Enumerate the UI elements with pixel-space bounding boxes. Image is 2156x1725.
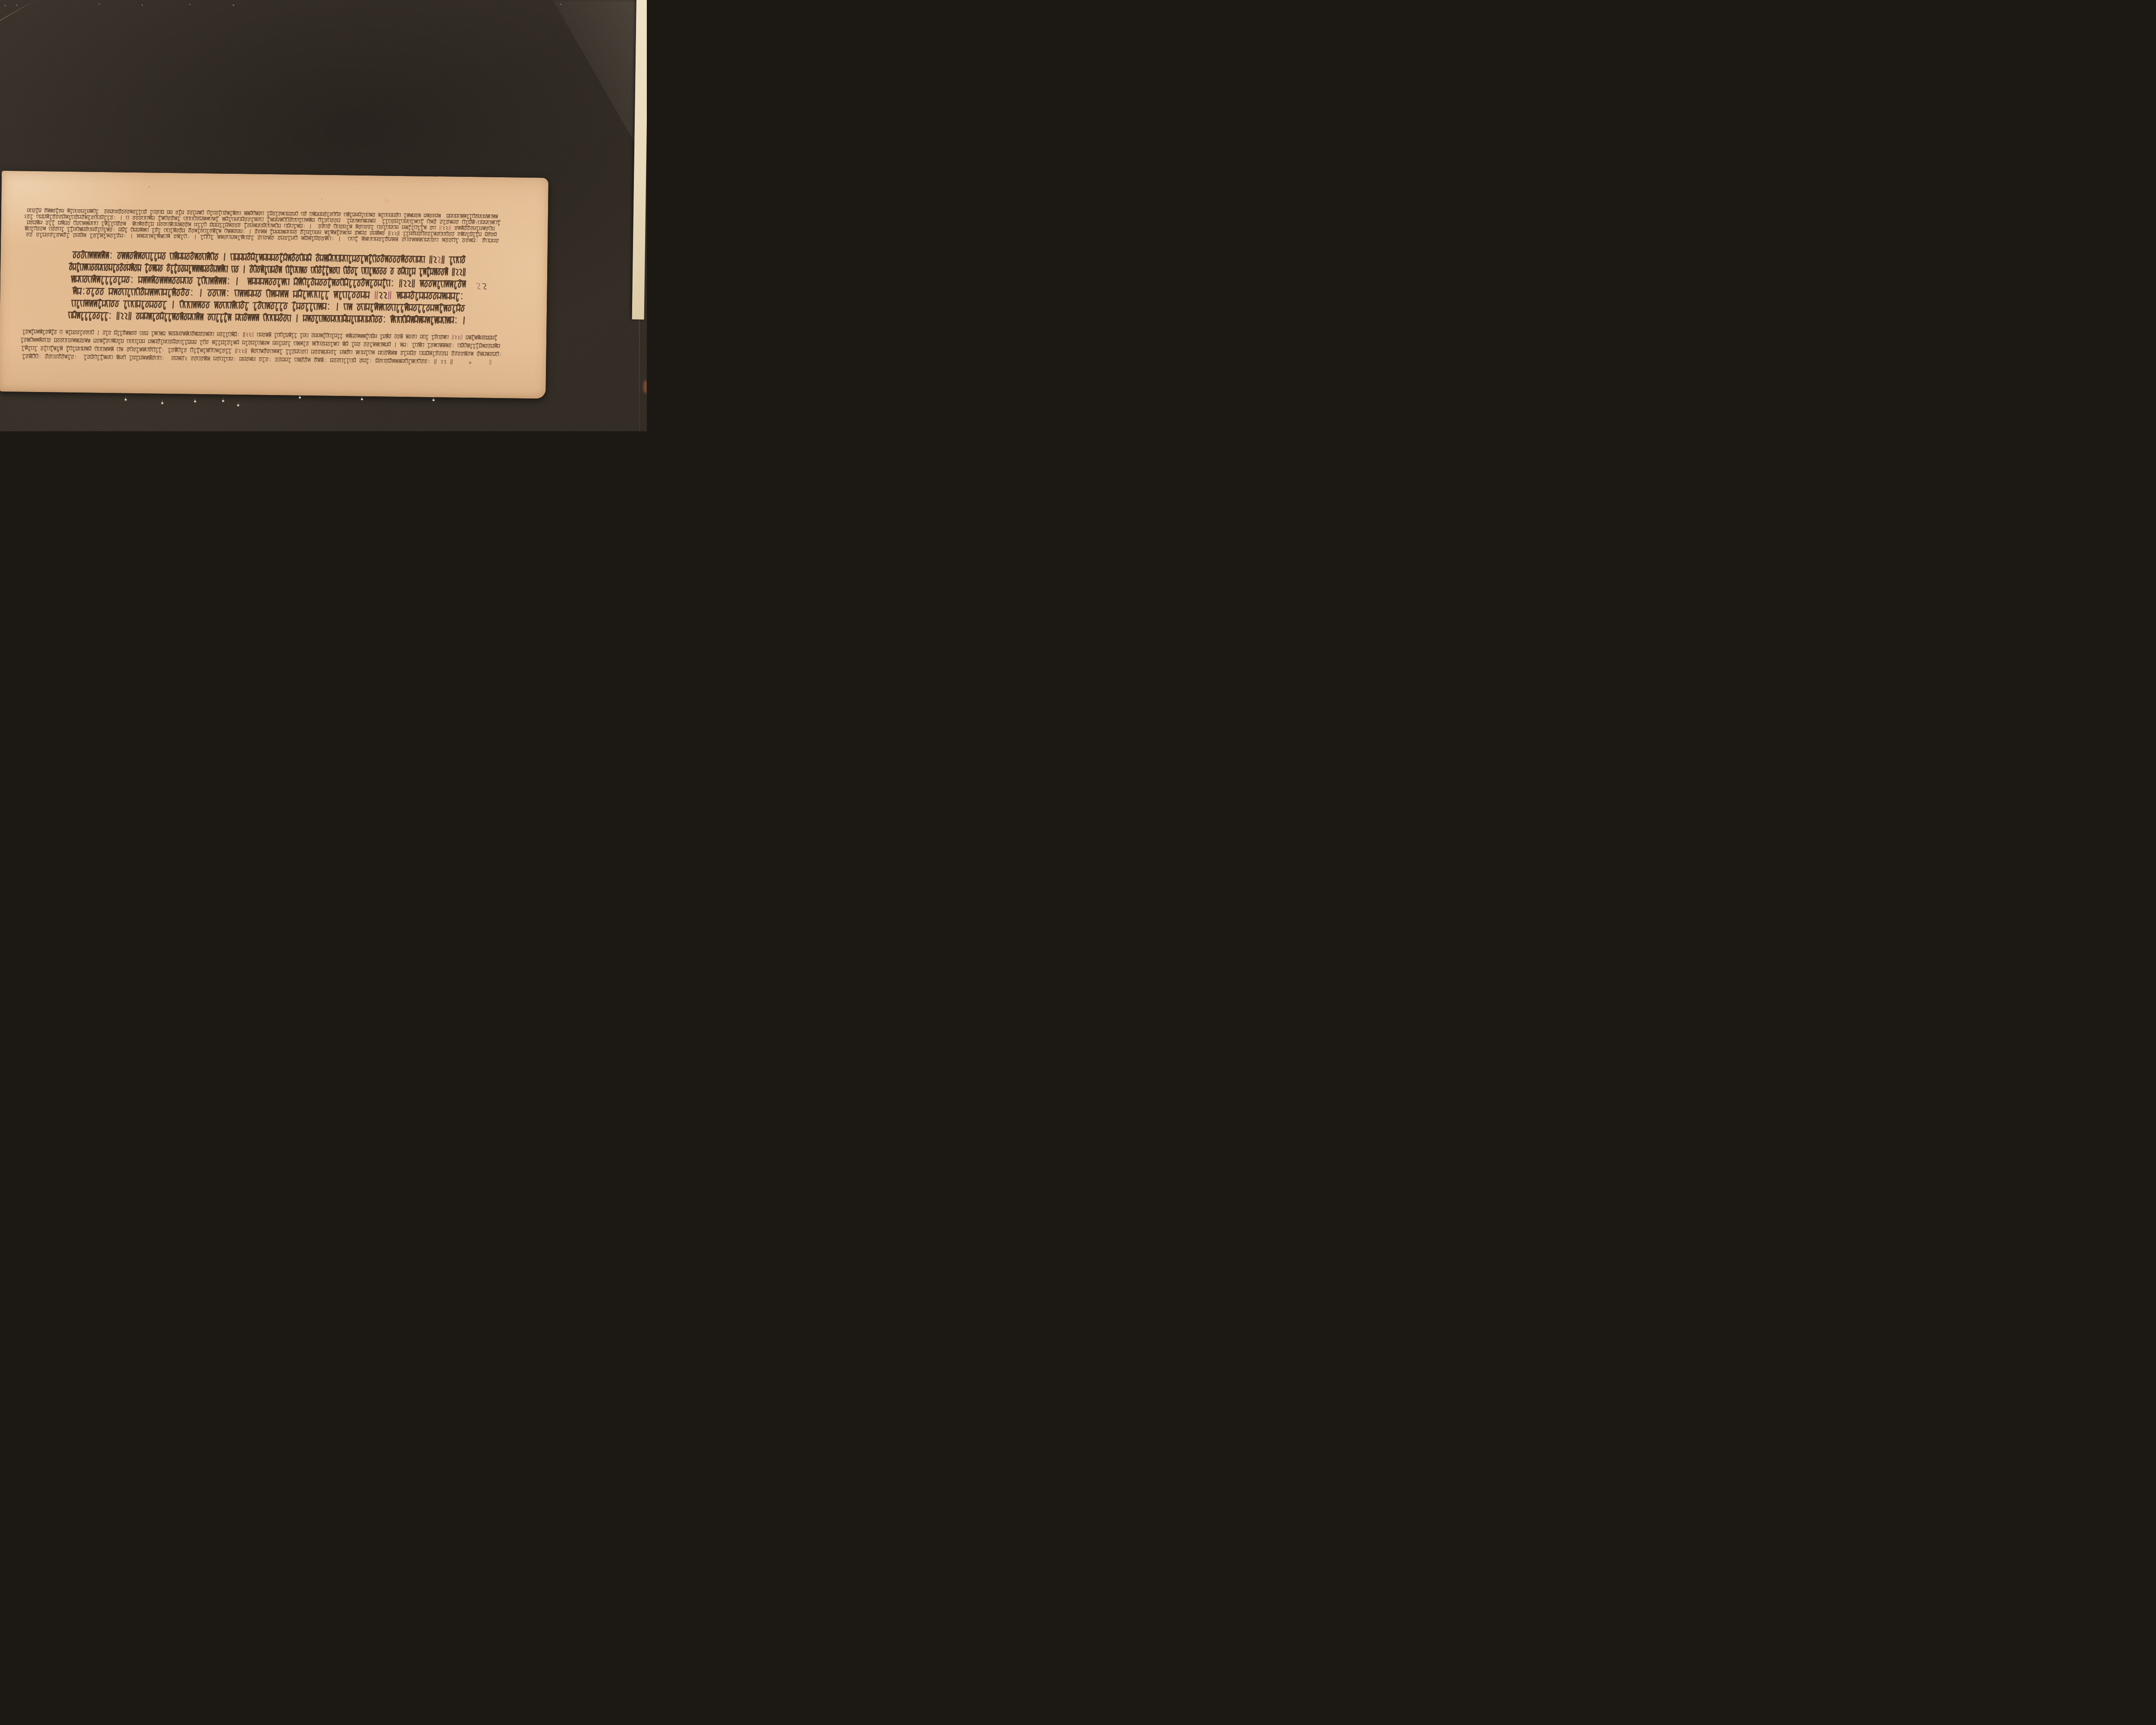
bottom-commentary-block: নির্বিষাবেতি ন নঙ্ক্ষ্যতে । তথা অমহাবশ্চ… (0, 171, 548, 399)
dust-speck (189, 4, 190, 5)
dust-speck (16, 5, 17, 6)
mounting-pin (361, 398, 363, 400)
board-fold-edge (639, 241, 640, 431)
dust-speck (233, 5, 234, 6)
dust-speck (561, 4, 561, 5)
mounting-pin (125, 399, 127, 401)
dust-speck (5, 5, 6, 6)
dust-speck (142, 5, 143, 6)
board-edge-highlight (0, 0, 38, 22)
dust-speck (99, 3, 100, 4)
mounting-pin (222, 400, 224, 402)
mounting-pin (432, 399, 435, 401)
mounting-pin (194, 401, 196, 402)
background-glimpse (643, 380, 647, 393)
mounting-pin (161, 402, 163, 404)
photograph-of-manuscript: একএতি কৃএতদাহ যস্মিন্নিতি যন্দ্ব্যাবিক্ষ… (0, 0, 647, 431)
mounting-pin (237, 405, 239, 406)
manuscript-leaf: একএতি কৃএতদাহ যস্মিন্নিতি যন্দ্ব্যাবিক্ষ… (0, 171, 548, 399)
mounting-pin (299, 397, 301, 398)
board-corner-sheen (500, 0, 647, 164)
